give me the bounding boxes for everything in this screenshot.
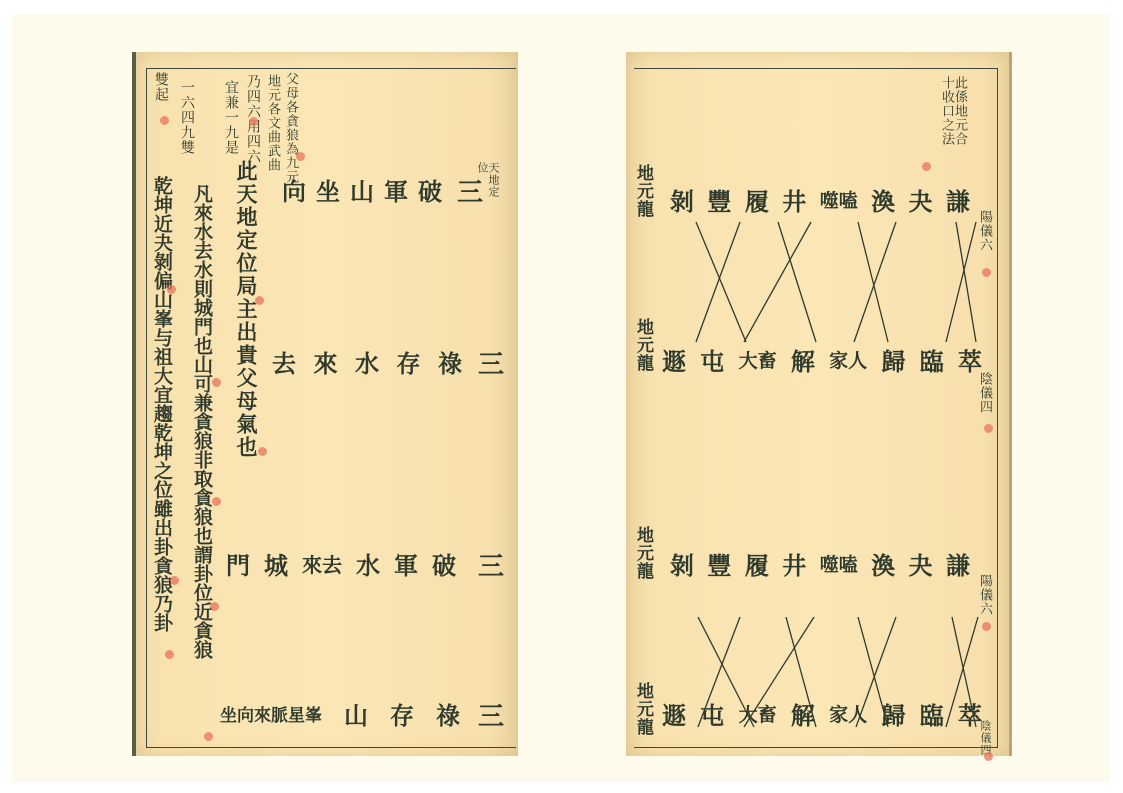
red-punctuation-mark — [258, 447, 267, 456]
red-punctuation-mark — [255, 296, 264, 305]
row-char: 來去 — [302, 549, 342, 578]
row-char: 存 — [390, 696, 414, 731]
annotation: 陽儀六 — [978, 210, 991, 252]
row-label-dixuan-long: 地元龍 — [634, 164, 651, 218]
hexagram-char: 渙 — [871, 182, 895, 217]
hexagram-char: 遯 — [662, 342, 686, 377]
hexagram-char: 臨 — [920, 342, 944, 377]
hexagram-char: 剝 — [670, 546, 694, 581]
row-2: 祿 存 水 來 去 — [272, 344, 462, 379]
hexagram-char: 遯 — [662, 696, 686, 731]
annotation: 陰儀四 — [980, 720, 991, 756]
hexagram-row-top: 謙 夬 渙 噬嗑 井 履 豐 剝 — [670, 182, 970, 217]
commentary-column: 凡來水去水則城門也山可兼貪狼非取貪狼也謂卦位近貪狼 — [192, 184, 211, 659]
hexagram-char: 謙 — [946, 546, 970, 581]
row-label-dixuan-long: 地元龍 — [634, 526, 651, 580]
row-1: 破 軍 山 坐 向 — [282, 172, 442, 207]
hexagram-char: 剝 — [670, 182, 694, 217]
red-punctuation-mark — [296, 152, 305, 161]
red-punctuation-mark — [982, 268, 991, 277]
right-page: 此係地元合十收口之法 地元龍 謙 夬 渙 噬嗑 — [626, 52, 1012, 756]
hexagram-char: 噬嗑 — [820, 186, 858, 213]
red-punctuation-mark — [984, 424, 993, 433]
header-note: 父母各貪狼為九元 — [284, 72, 297, 184]
hexagram-char: 屯 — [700, 696, 724, 731]
red-punctuation-mark — [160, 116, 169, 125]
row-char: 存 — [397, 344, 421, 379]
row-char: 水 — [355, 344, 379, 379]
hexagram-char: 歸 — [881, 342, 905, 377]
row-char: 城 — [264, 546, 288, 581]
red-punctuation-mark — [212, 378, 221, 387]
row-char: 破 — [432, 546, 456, 581]
row-char: 坐向來脈星峯 — [220, 701, 322, 726]
hexagram-char: 夬 — [909, 546, 933, 581]
hexagram-char: 履 — [745, 546, 769, 581]
header-note: 宜兼一九是 — [224, 80, 238, 155]
row-label-dixuan-long: 地元龍 — [634, 682, 651, 736]
trigram-symbol: 三 — [478, 344, 504, 381]
hexagram-char: 解 — [791, 696, 815, 731]
row-label-dixuan-long: 地元龍 — [634, 318, 651, 372]
row-char: 來 — [314, 344, 338, 379]
hexagram-char: 豐 — [707, 182, 731, 217]
commentary-column: 此天地定位局主出貴父母氣也 — [236, 160, 257, 459]
red-punctuation-mark — [212, 497, 221, 506]
trigram-symbol: 三 — [478, 696, 504, 733]
trigram-symbol: 三 — [457, 172, 483, 209]
commentary-column: 乾坤近夬剝偏山峯与祖大宜趨乾坤之位雖出卦貪狼乃卦 — [152, 176, 171, 632]
left-page: 父母各貪狼為九元 地元各文曲武曲 乃四六用四六 宜兼一九是 一六四九雙 雙起 天… — [132, 52, 518, 756]
hexagram-char: 大畜 — [739, 346, 777, 373]
row-char: 軍 — [394, 546, 418, 581]
hexagram-char: 大畜 — [739, 700, 777, 727]
hexagram-char: 屯 — [700, 342, 724, 377]
hexagram-char: 夬 — [909, 182, 933, 217]
trigram-symbol: 三 — [478, 546, 504, 583]
annotation: 陰儀四 — [978, 372, 991, 414]
red-punctuation-mark — [984, 752, 993, 761]
hexagram-char: 井 — [782, 182, 806, 217]
header-note: 一六四九雙 — [180, 80, 194, 155]
red-punctuation-mark — [249, 117, 258, 126]
hexagram-char: 謙 — [946, 182, 970, 217]
row-char: 破 — [418, 172, 442, 207]
red-punctuation-mark — [982, 622, 991, 631]
row-char: 山 — [344, 696, 368, 731]
red-punctuation-mark — [210, 602, 219, 611]
header-note: 地元各文曲武曲 — [266, 74, 279, 172]
hexagram-row-bottom: 萃 臨 歸 家人 解 大畜 屯 遯 — [662, 696, 982, 731]
red-punctuation-mark — [167, 285, 176, 294]
hexagram-char: 家人 — [829, 346, 867, 373]
row-4: 祿 存 山 坐向來脈星峯 — [220, 696, 460, 731]
hexagram-char: 履 — [745, 182, 769, 217]
red-punctuation-mark — [204, 732, 213, 741]
header-note: 雙起 — [154, 72, 168, 102]
row-char: 坐 — [316, 172, 340, 207]
red-punctuation-mark — [922, 162, 931, 171]
hexagram-row-bottom: 萃 臨 歸 家人 解 大畜 屯 遯 — [662, 342, 982, 377]
hexagram-connection-lines — [626, 52, 1012, 756]
hexagram-char: 歸 — [881, 696, 905, 731]
row-char: 向 — [282, 172, 306, 207]
hexagram-row-top: 謙 夬 渙 噬嗑 井 履 豐 剝 — [670, 546, 970, 581]
hexagram-char: 渙 — [871, 546, 895, 581]
annotation: 陽儀六 — [978, 574, 991, 616]
hexagram-char: 臨 — [920, 696, 944, 731]
red-punctuation-mark — [170, 576, 179, 585]
hexagram-char: 井 — [782, 546, 806, 581]
hexagram-char: 解 — [791, 342, 815, 377]
hexagram-char: 噬嗑 — [820, 550, 858, 577]
row-char: 山 — [350, 172, 374, 207]
row-char: 軍 — [384, 172, 408, 207]
row-char: 祿 — [436, 696, 460, 731]
hexagram-char: 豐 — [707, 546, 731, 581]
row-char: 去 — [272, 344, 296, 379]
hexagram-char: 家人 — [829, 700, 867, 727]
row-char: 祿 — [438, 344, 462, 379]
row-3: 破 軍 水 來去 城 門 — [226, 546, 456, 581]
row-char: 門 — [226, 546, 250, 581]
row-char: 水 — [356, 546, 380, 581]
red-punctuation-mark — [165, 650, 174, 659]
left-page-spine — [132, 52, 136, 756]
